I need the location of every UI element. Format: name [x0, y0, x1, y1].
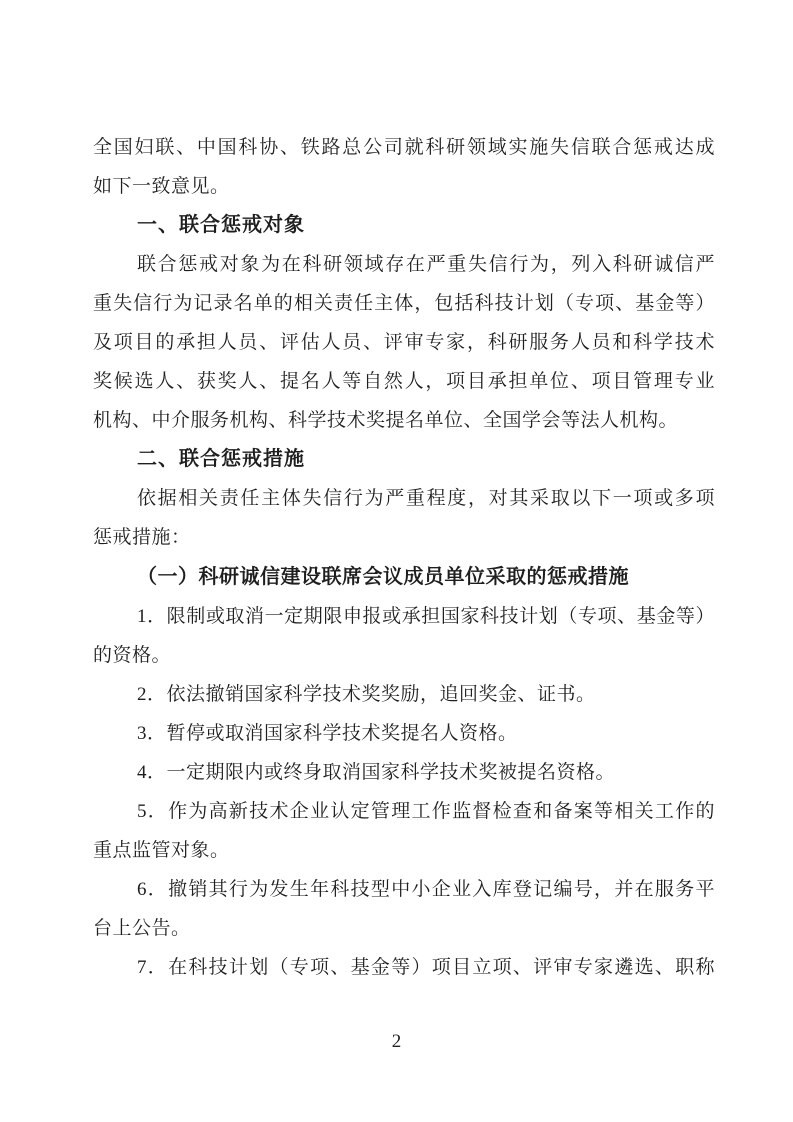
text-line: 惩戒措施：	[93, 518, 715, 557]
list-item: 4．一定期限内或终身取消国家科学技术奖被提名资格。	[93, 753, 715, 792]
list-item: 7．在科技计划（专项、基金等）项目立项、评审专家遴选、职称	[93, 948, 715, 987]
page-number: 2	[0, 1031, 793, 1053]
text-line: 的资格。	[93, 636, 715, 675]
list-item: 1．限制或取消一定期限申报或承担国家科技计划（专项、基金等）	[93, 597, 715, 636]
text-line: 依据相关责任主体失信行为严重程度，对其采取以下一项或多项	[93, 479, 715, 518]
text-line: 机构、中介服务机构、科学技术奖提名单位、全国学会等法人机构。	[93, 401, 715, 440]
text-line: 及项目的承担人员、评估人员、评审专家，科研服务人员和科学技术	[93, 323, 715, 362]
list-item: 5．作为高新技术企业认定管理工作监督检查和备案等相关工作的	[93, 792, 715, 831]
text-line: 重失信行为记录名单的相关责任主体，包括科技计划（专项、基金等）	[93, 284, 715, 323]
section-heading-2: 二、联合惩戒措施	[93, 440, 715, 479]
document-body: 全国妇联、中国科协、铁路总公司就科研领域实施失信联合惩戒达成 如下一致意见。 一…	[93, 128, 715, 987]
text-line: 联合惩戒对象为在科研领域存在严重失信行为，列入科研诚信严	[93, 245, 715, 284]
section-heading-1: 一、联合惩戒对象	[93, 206, 715, 245]
text-line: 台上公告。	[93, 909, 715, 948]
text-line: 全国妇联、中国科协、铁路总公司就科研领域实施失信联合惩戒达成	[93, 128, 715, 167]
document-page: 全国妇联、中国科协、铁路总公司就科研领域实施失信联合惩戒达成 如下一致意见。 一…	[0, 0, 793, 1122]
text-line: 奖候选人、获奖人、提名人等自然人，项目承担单位、项目管理专业	[93, 362, 715, 401]
text-line: 如下一致意见。	[93, 167, 715, 206]
text-line: 重点监管对象。	[93, 831, 715, 870]
subsection-heading: （一）科研诚信建设联席会议成员单位采取的惩戒措施	[93, 558, 715, 597]
list-item: 3．暂停或取消国家科学技术奖提名人资格。	[93, 714, 715, 753]
list-item: 6．撤销其行为发生年科技型中小企业入库登记编号，并在服务平	[93, 870, 715, 909]
list-item: 2．依法撤销国家科学技术奖奖励，追回奖金、证书。	[93, 675, 715, 714]
